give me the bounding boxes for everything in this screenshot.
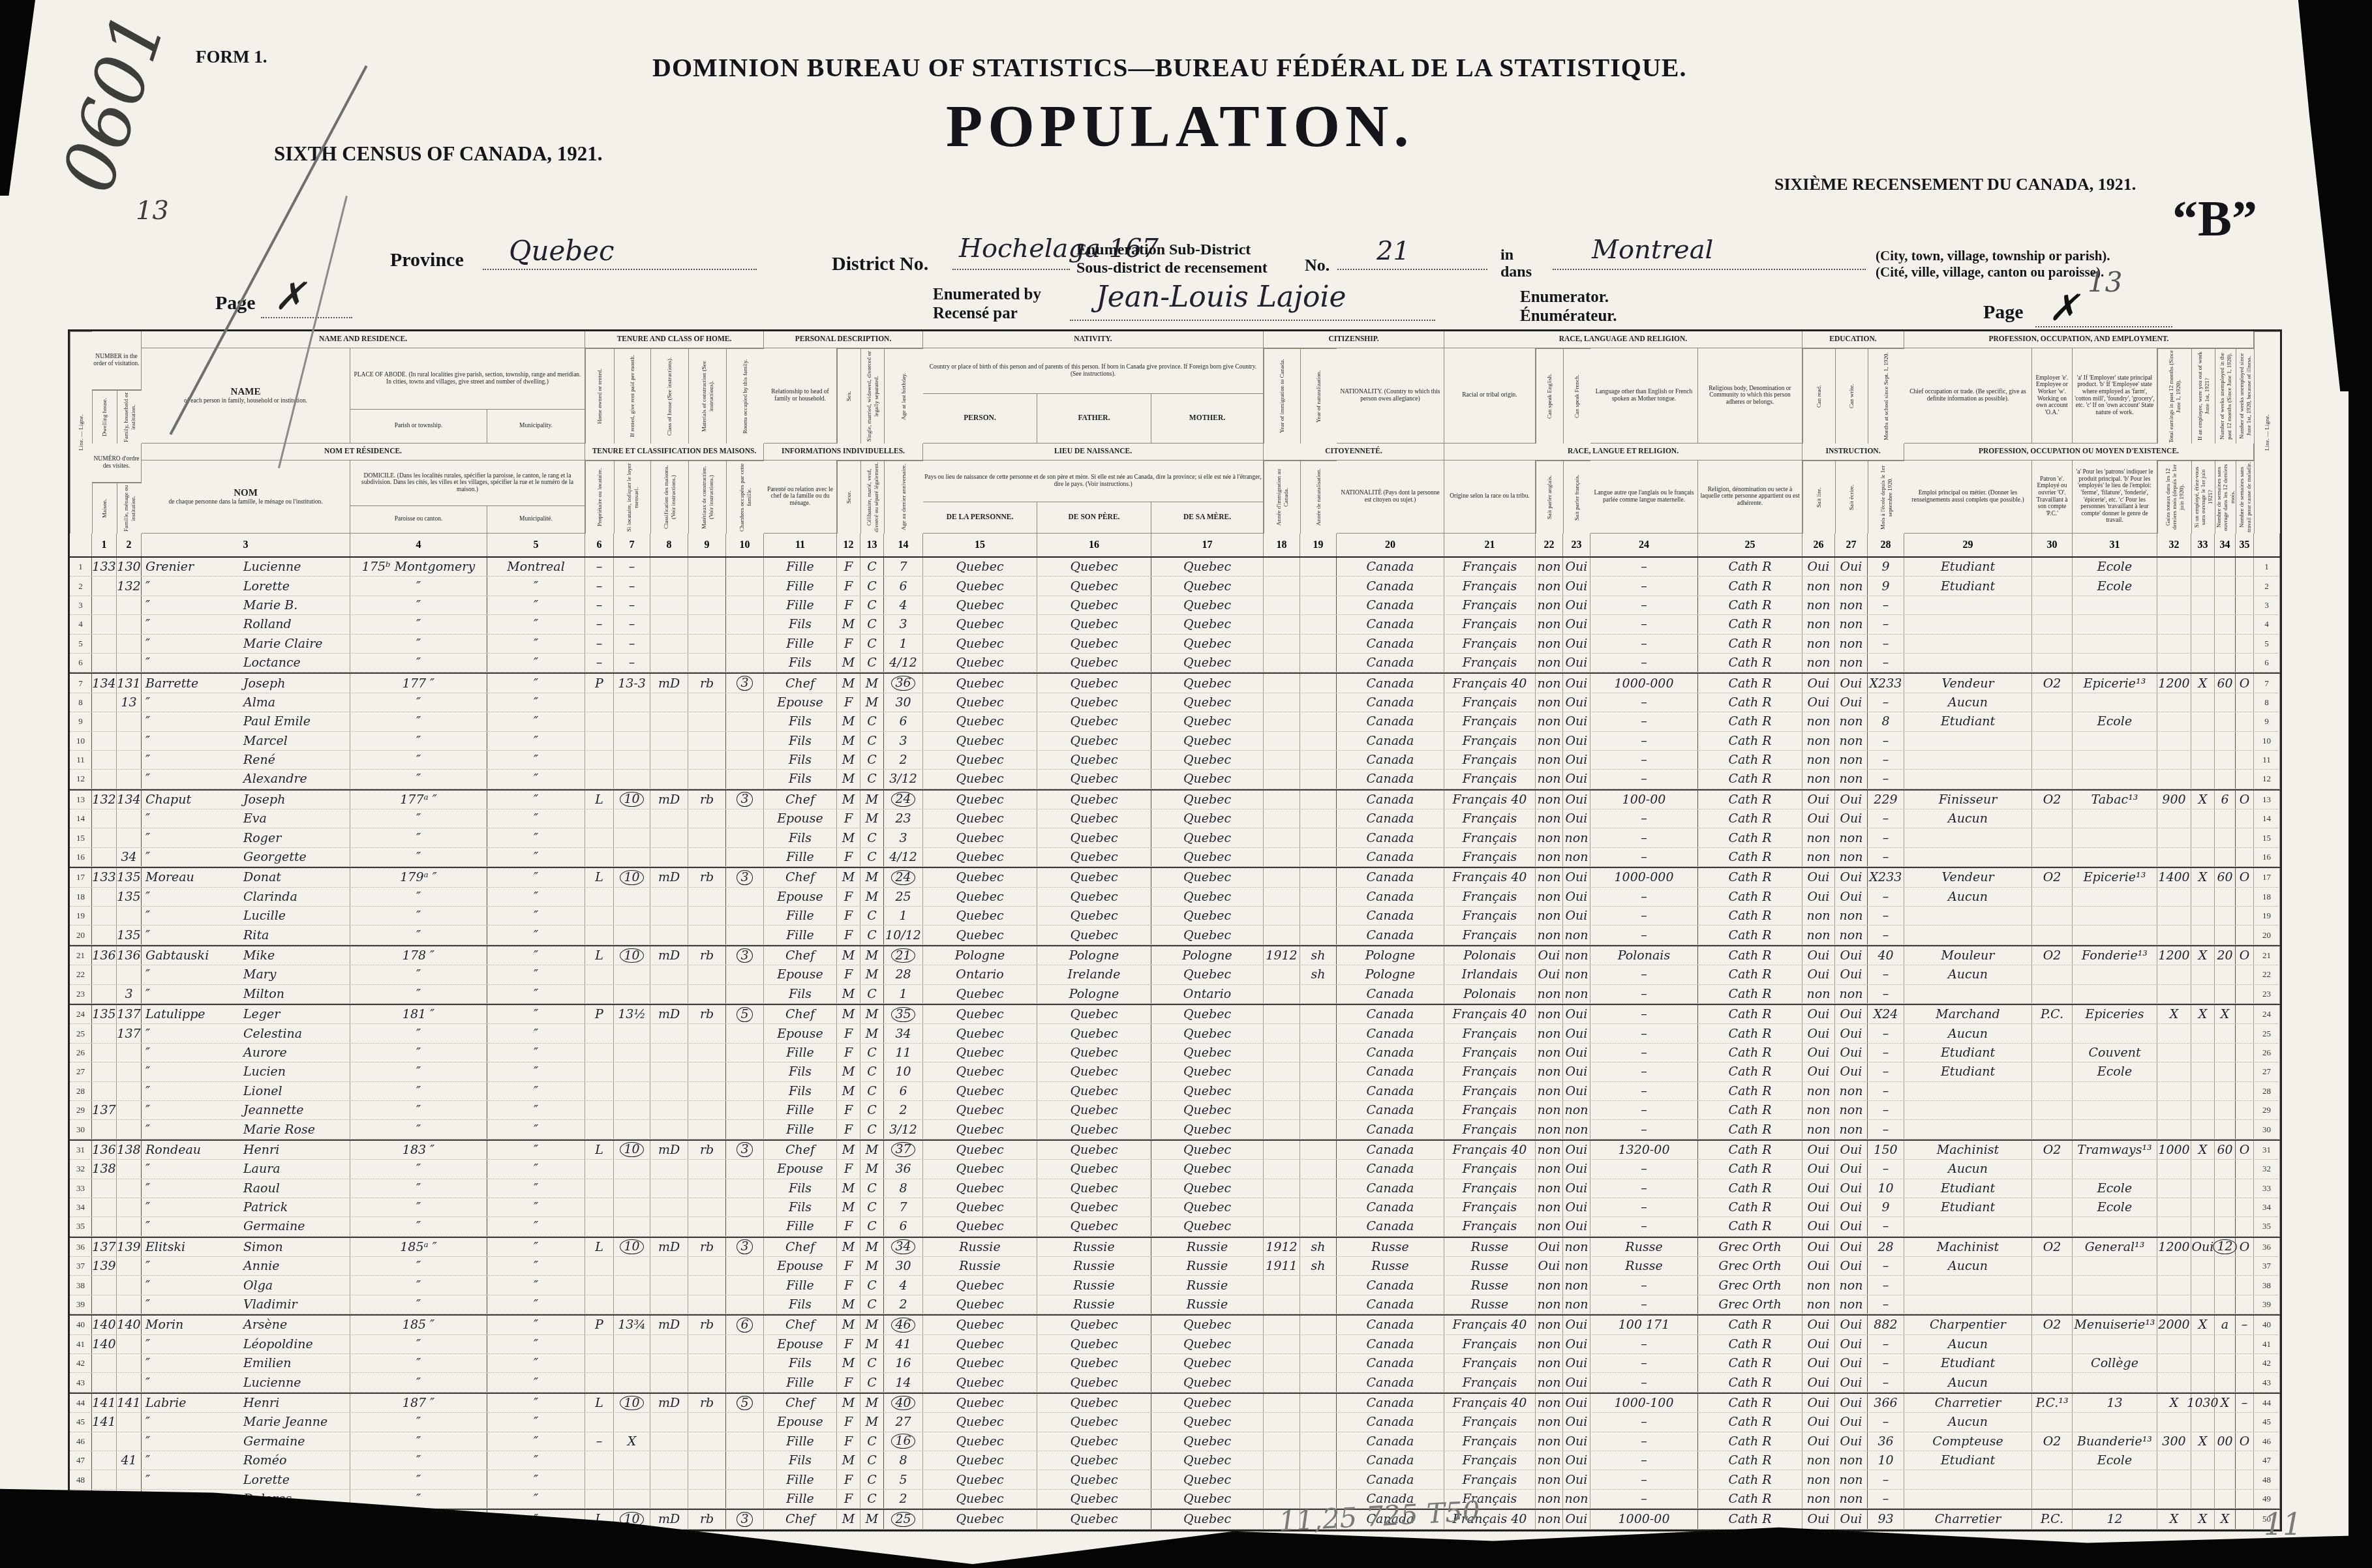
table-cell: Français	[1444, 1373, 1536, 1391]
line-number: 38	[2254, 1276, 2280, 1294]
table-cell	[2215, 1063, 2236, 1081]
table-cell: Oui	[1536, 946, 1563, 965]
table-cell	[2157, 1198, 2191, 1216]
table-cell: Chef	[764, 1510, 837, 1528]
table-cell: Russe	[1444, 1295, 1536, 1314]
table-cell	[650, 1120, 688, 1138]
table-cell	[650, 635, 688, 653]
table-cell	[1264, 654, 1300, 672]
line-number: 6	[2254, 654, 2280, 672]
table-cell: Quebec	[1037, 1335, 1151, 1353]
table-cell	[2236, 1335, 2254, 1353]
table-cell	[2157, 1179, 2191, 1198]
table-cell	[2157, 1160, 2191, 1178]
table-cell: O2	[2032, 791, 2073, 809]
table-cell	[92, 888, 117, 906]
table-cell	[2157, 1120, 2191, 1138]
table-cell	[614, 1044, 650, 1062]
table-cell	[614, 1160, 650, 1178]
table-cell	[2157, 828, 2191, 847]
table-cell: –	[1590, 985, 1698, 1003]
table-row: 38″Olga″″FilleFC4QuebecRussieRussieCanad…	[70, 1276, 2280, 1295]
table-cell: C	[860, 1044, 884, 1062]
table-cell	[1904, 1490, 2032, 1508]
table-cell: Cath R	[1698, 693, 1802, 712]
table-cell: sh	[1300, 1257, 1337, 1275]
name-cell: ″Eva	[142, 809, 350, 828]
table-cell: Canada	[1337, 712, 1444, 731]
table-cell	[117, 1432, 142, 1451]
table-cell: non	[1563, 985, 1590, 1003]
table-cell	[1264, 693, 1300, 712]
table-cell: –	[1590, 596, 1698, 614]
table-cell: X	[2191, 1432, 2215, 1451]
table-cell: C	[860, 654, 884, 672]
header-cell: DOMICILE. (Dans les localités rurales, s…	[350, 460, 585, 506]
table-cell	[1904, 1217, 2032, 1235]
table-cell: 6	[884, 1082, 923, 1100]
name-cell: ″Roger	[142, 828, 350, 847]
table-cell: X	[2215, 1005, 2236, 1023]
table-cell: 13½	[614, 1005, 650, 1023]
name-cell: ″Jeannette	[142, 1101, 350, 1119]
table-cell	[1300, 1217, 1337, 1235]
table-cell	[1300, 1316, 1337, 1334]
table-cell: 24	[884, 791, 923, 809]
table-row: 12″Alexandre″″FilsMC3/12QuebecQuebecQueb…	[70, 770, 2280, 789]
table-cell: ″	[350, 1257, 487, 1275]
table-cell: Oui	[1563, 1413, 1590, 1431]
table-cell: Quebec	[1151, 848, 1264, 866]
table-cell	[1264, 1276, 1300, 1294]
table-cell: non	[1536, 1394, 1563, 1412]
table-cell: non	[1802, 1082, 1835, 1100]
table-cell: Quebec	[923, 1044, 1037, 1062]
table-cell: non	[1563, 926, 1590, 944]
table-cell: Oui	[1563, 1160, 1590, 1178]
table-cell	[1300, 615, 1337, 633]
table-cell: –	[1868, 1490, 1904, 1508]
table-cell: Français	[1444, 926, 1536, 944]
table-cell	[2191, 888, 2215, 906]
table-cell: 2	[884, 751, 923, 769]
table-cell: Pologne	[1037, 985, 1151, 1003]
table-cell	[2032, 1044, 2073, 1062]
table-cell: X	[2191, 1510, 2215, 1528]
table-cell: Aucun	[1904, 1373, 2032, 1391]
header-cell: Langue autre que l'anglais ou le françai…	[1590, 460, 1698, 534]
table-cell	[117, 1217, 142, 1235]
table-cell: X	[2215, 1394, 2236, 1412]
table-cell: Oui	[1835, 888, 1868, 906]
table-cell: M	[837, 1082, 860, 1100]
table-cell: 1400	[2157, 868, 2191, 886]
table-cell: Canada	[1337, 693, 1444, 712]
table-cell: Oui	[1563, 654, 1590, 672]
name-cell: LabrieHenri	[142, 1394, 350, 1412]
table-cell: –	[1868, 1063, 1904, 1081]
table-cell	[614, 1276, 650, 1294]
table-cell	[614, 985, 650, 1003]
table-cell	[1264, 712, 1300, 731]
table-cell	[2157, 615, 2191, 633]
table-cell: Quebec	[923, 1024, 1037, 1042]
line-number: 22	[2254, 965, 2280, 984]
name-cell: GabtauskiMike	[142, 946, 350, 965]
table-cell: Couvent	[2073, 1044, 2157, 1062]
table-cell: ″	[350, 1295, 487, 1314]
table-cell: Aucun	[1904, 1257, 2032, 1275]
name-cell: ″Roméo	[142, 1451, 350, 1470]
table-cell: Oui	[1563, 693, 1590, 712]
table-cell: ″	[487, 1179, 585, 1198]
table-cell: Oui	[1802, 1160, 1835, 1178]
table-cell	[2032, 985, 2073, 1003]
table-cell	[650, 1217, 688, 1235]
table-cell: Canada	[1337, 596, 1444, 614]
table-cell: Canada	[1337, 615, 1444, 633]
table-cell	[614, 1024, 650, 1042]
line-number: 43	[70, 1373, 92, 1391]
table-cell: O2	[2032, 1316, 2073, 1334]
table-cell	[117, 635, 142, 653]
table-cell: 41	[117, 1451, 142, 1470]
table-cell: Quebec	[1037, 791, 1151, 809]
no-label: No.	[1305, 256, 1330, 275]
header-cell: Année de naturalisation.	[1300, 460, 1337, 534]
table-cell	[2032, 615, 2073, 633]
table-cell: Quebec	[1151, 1490, 1264, 1508]
table-cell: Canada	[1337, 888, 1444, 906]
table-cell: –	[585, 654, 614, 672]
table-cell	[2073, 828, 2157, 847]
table-cell: Quebec	[923, 654, 1037, 672]
table-cell: M	[837, 1451, 860, 1470]
table-cell: Ontario	[923, 965, 1037, 984]
table-cell: Oui	[1802, 1005, 1835, 1023]
table-cell	[585, 1413, 614, 1431]
table-cell	[2032, 1335, 2073, 1353]
table-cell	[1300, 907, 1337, 925]
table-cell: rb	[688, 1141, 726, 1159]
table-cell: Canada	[1337, 635, 1444, 653]
table-cell: Oui	[1802, 791, 1835, 809]
table-cell: Polonais	[1444, 985, 1536, 1003]
line-number: 25	[2254, 1024, 2280, 1042]
table-cell	[1264, 1470, 1300, 1488]
province-label: Province	[390, 249, 464, 271]
table-cell	[1904, 1082, 2032, 1100]
table-cell	[2191, 926, 2215, 944]
table-cell: non	[1802, 1470, 1835, 1488]
table-cell: Quebec	[1151, 654, 1264, 672]
header-cell: Sait parler français.	[1563, 460, 1590, 534]
table-cell	[2032, 1063, 2073, 1081]
table-cell: Fils	[764, 615, 837, 633]
table-row: 31136138RondeauHenri183 ″″L10mDrb3ChefMM…	[70, 1139, 2280, 1160]
place-value: Montreal	[1592, 235, 1713, 265]
table-cell: 130	[117, 558, 142, 576]
table-cell	[726, 1276, 764, 1294]
table-cell	[2073, 635, 2157, 653]
table-cell: 10	[614, 791, 650, 809]
line-number: 5	[2254, 635, 2280, 653]
table-cell	[1264, 558, 1300, 576]
table-row: 813″Alma″″EpouseFM30QuebecQuebecQuebecCa…	[70, 693, 2280, 712]
table-cell: 1000-100	[1590, 1394, 1698, 1412]
table-cell	[2215, 809, 2236, 828]
table-cell: Quebec	[1037, 1101, 1151, 1119]
table-cell: Epouse	[764, 965, 837, 984]
name-cell: MoreauDonat	[142, 868, 350, 886]
table-cell	[2191, 1257, 2215, 1275]
name-cell: ″Celestina	[142, 1024, 350, 1042]
table-cell: mD	[650, 1316, 688, 1334]
table-row: 39″Vladimir″″FilsMC2QuebecRussieRussieCa…	[70, 1295, 2280, 1314]
table-cell: Français	[1444, 809, 1536, 828]
table-cell: Oui	[1563, 1373, 1590, 1391]
table-cell: 140	[117, 1316, 142, 1334]
scan-edge-right	[2349, 365, 2372, 1568]
table-cell	[92, 1063, 117, 1081]
table-cell: 10	[1868, 1451, 1904, 1470]
table-cell: F	[837, 1120, 860, 1138]
table-cell: Pologne	[1151, 946, 1264, 965]
table-cell: non	[1802, 635, 1835, 653]
table-cell: Cath R	[1698, 1044, 1802, 1062]
table-cell: 136	[117, 946, 142, 965]
table-cell	[614, 809, 650, 828]
table-cell: 40	[884, 1394, 923, 1412]
table-cell: Oui	[1563, 791, 1590, 809]
table-row: 2132″Lorette″″––FilleFC6QuebecQuebecQueb…	[70, 577, 2280, 596]
table-cell	[2236, 654, 2254, 672]
table-cell	[726, 985, 764, 1003]
table-cell: Oui	[1835, 1179, 1868, 1198]
table-cell: Canada	[1337, 1024, 1444, 1042]
table-cell: F	[837, 558, 860, 576]
table-cell	[2032, 712, 2073, 731]
table-cell: Chef	[764, 791, 837, 809]
table-cell: Oui	[1563, 1451, 1590, 1470]
table-cell	[1264, 1394, 1300, 1412]
table-cell: ″	[350, 1082, 487, 1100]
table-body: 1133130GrenierLucienne175ᵇ MontgomeryMon…	[70, 558, 2280, 1530]
table-cell: O	[2236, 791, 2254, 809]
table-cell	[585, 828, 614, 847]
column-number: 33	[2191, 534, 2215, 556]
table-cell: –	[1868, 1276, 1904, 1294]
table-cell: Canada	[1337, 868, 1444, 886]
table-cell	[2032, 1179, 2073, 1198]
table-cell	[2215, 635, 2236, 653]
line-number: 7	[70, 674, 92, 692]
table-cell: –	[1590, 635, 1698, 653]
table-cell: Russie	[923, 1238, 1037, 1256]
table-cell	[2157, 712, 2191, 731]
table-cell: 14	[884, 1373, 923, 1391]
column-number: 20	[1337, 534, 1444, 556]
table-cell: 10	[614, 1238, 650, 1256]
name-cell: ″Patrick	[142, 1198, 350, 1216]
table-cell	[726, 907, 764, 925]
table-cell: Cath R	[1698, 1141, 1802, 1159]
table-cell: mD	[650, 1005, 688, 1023]
table-cell: Quebec	[1151, 1005, 1264, 1023]
table-cell	[726, 1354, 764, 1372]
table-cell	[2032, 1470, 2073, 1488]
table-cell: 366	[1868, 1394, 1904, 1412]
table-cell	[614, 1354, 650, 1372]
table-cell: Oui	[1563, 712, 1590, 731]
table-cell: Etudiant	[1904, 558, 2032, 576]
table-cell	[650, 1179, 688, 1198]
table-cell	[2032, 1024, 2073, 1042]
table-cell: 5	[884, 1470, 923, 1488]
table-cell	[1264, 888, 1300, 906]
table-row: 25137″Celestina″″EpouseFM34QuebecQuebecQ…	[70, 1024, 2280, 1043]
table-cell: rb	[688, 1005, 726, 1023]
table-cell	[2032, 1451, 2073, 1470]
table-cell	[585, 1101, 614, 1119]
table-cell: Epiceries	[2073, 1005, 2157, 1023]
line-number: 4	[70, 615, 92, 633]
table-cell	[2032, 751, 2073, 769]
table-cell	[2073, 1120, 2157, 1138]
table-cell: non	[1835, 577, 1868, 595]
header-cell: PLACE OF ABODE. (In rural localities giv…	[350, 348, 585, 410]
line-number: 40	[70, 1316, 92, 1334]
header-cell: Number of weeks unemployed in the past 1…	[2215, 348, 2236, 444]
table-cell: 4	[884, 1276, 923, 1294]
table-cell	[2073, 693, 2157, 712]
table-cell: Quebec	[923, 1276, 1037, 1294]
table-cell	[2191, 1470, 2215, 1488]
table-cell	[650, 1044, 688, 1062]
line-number: 9	[2254, 712, 2280, 731]
table-cell: Quebec	[1037, 751, 1151, 769]
table-cell: Quebec	[923, 1316, 1037, 1334]
table-cell: Russie	[1151, 1238, 1264, 1256]
table-cell: F	[837, 926, 860, 944]
table-cell: Oui	[1802, 1373, 1835, 1391]
table-cell: sh	[1300, 1238, 1337, 1256]
column-number: 8	[650, 534, 688, 556]
table-cell: 3	[884, 615, 923, 633]
schedule-letter: “B”	[2172, 189, 2257, 248]
table-cell	[1300, 1354, 1337, 1372]
table-cell: Quebec	[923, 1120, 1037, 1138]
table-cell	[726, 1120, 764, 1138]
table-cell: 1912	[1264, 946, 1300, 965]
table-cell	[92, 1179, 117, 1198]
table-cell: M	[837, 1510, 860, 1528]
table-cell	[726, 1063, 764, 1081]
table-cell: non	[1536, 848, 1563, 866]
table-cell: non	[1802, 712, 1835, 731]
table-cell: O2	[2032, 1141, 2073, 1159]
table-cell	[614, 1082, 650, 1100]
table-cell	[1264, 635, 1300, 653]
table-cell: –	[1590, 1413, 1698, 1431]
table-cell	[585, 1295, 614, 1314]
line-number: 10	[70, 732, 92, 750]
table-cell	[585, 1373, 614, 1391]
table-cell: O	[2236, 868, 2254, 886]
table-cell: –	[1868, 654, 1904, 672]
table-cell: Fils	[764, 712, 837, 731]
table-cell	[585, 693, 614, 712]
table-cell: Oui	[1835, 1316, 1868, 1334]
table-cell: Polonais	[1590, 946, 1698, 965]
line-number: 42	[2254, 1354, 2280, 1372]
line-number: 27	[70, 1063, 92, 1081]
table-cell	[614, 1101, 650, 1119]
table-cell: C	[860, 1101, 884, 1119]
table-cell: M	[860, 1510, 884, 1528]
table-cell: M	[860, 868, 884, 886]
table-cell: Quebec	[1037, 712, 1151, 731]
table-cell	[688, 1044, 726, 1062]
line-number: 7	[2254, 674, 2280, 692]
table-cell: Français	[1444, 888, 1536, 906]
table-cell: Quebec	[1037, 1470, 1151, 1488]
table-cell: Quebec	[1037, 848, 1151, 866]
table-cell: Quebec	[1037, 770, 1151, 788]
table-cell: Quebec	[1151, 1217, 1264, 1235]
table-cell	[2215, 828, 2236, 847]
table-row: 10″Marcel″″FilsMC3QuebecQuebecQuebecCana…	[70, 732, 2280, 751]
table-cell: Quebec	[1151, 1394, 1264, 1412]
table-cell	[1300, 926, 1337, 944]
table-cell	[2032, 1490, 2073, 1508]
line-number: 4	[2254, 615, 2280, 633]
line-number: 20	[70, 926, 92, 944]
table-cell	[650, 654, 688, 672]
table-cell: Français	[1444, 596, 1536, 614]
table-cell: Français	[1444, 848, 1536, 866]
table-cell	[2032, 888, 2073, 906]
table-cell	[92, 1470, 117, 1488]
table-cell: Oui	[1563, 809, 1590, 828]
table-cell: Oui	[1835, 1335, 1868, 1353]
table-cell	[2032, 1217, 2073, 1235]
header-cell: Employer 'e'. Employee or Worker 'w'. Wo…	[2032, 348, 2073, 444]
table-cell: Fils	[764, 1295, 837, 1314]
header-cell: Paroisse ou canton.	[350, 506, 487, 534]
table-cell: Russe	[1590, 1257, 1698, 1275]
line-number: 24	[2254, 1005, 2280, 1023]
table-cell: Cath R	[1698, 1394, 1802, 1412]
table-cell: a	[2215, 1316, 2236, 1334]
table-cell: –	[1868, 1217, 1904, 1235]
table-cell: Polonais	[1444, 946, 1536, 965]
table-cell: M	[837, 751, 860, 769]
name-cell: ″Germaine	[142, 1217, 350, 1235]
table-cell: M	[860, 1335, 884, 1353]
table-cell: Ecole	[2073, 1198, 2157, 1216]
table-cell	[1264, 596, 1300, 614]
table-cell: 3	[726, 946, 764, 965]
table-cell: C	[860, 732, 884, 750]
table-cell: Cath R	[1698, 985, 1802, 1003]
table-cell: F	[837, 888, 860, 906]
table-cell: X	[2191, 1316, 2215, 1334]
table-cell: F	[837, 1432, 860, 1451]
table-row: 15″Roger″″FilsMC3QuebecQuebecQuebecCanad…	[70, 828, 2280, 847]
table-cell: Ecole	[2073, 712, 2157, 731]
table-cell: Quebec	[1151, 732, 1264, 750]
